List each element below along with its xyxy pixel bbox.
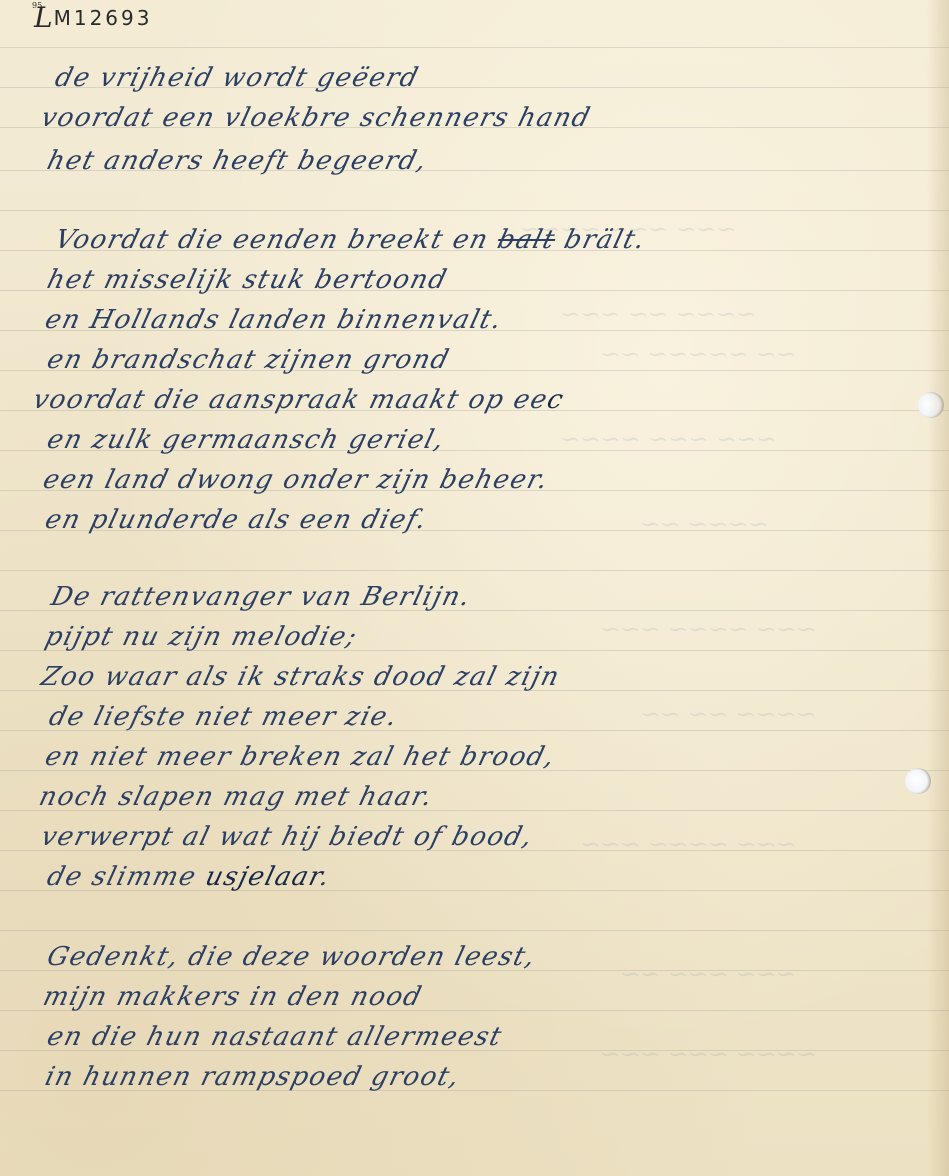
poem-line: mijn makkers in den nood <box>40 982 426 1012</box>
poem-line: in hunnen rampspoed groot, <box>42 1062 463 1092</box>
poem-line: noch slapen mag met haar. <box>36 782 437 812</box>
catalog-number: M12693 <box>54 7 153 32</box>
bleed-through: ~~~~ ~~ ~~ <box>637 700 819 728</box>
poem-line: Voordat die eenden breekt en balt brält. <box>52 225 649 255</box>
poem-line: Gedenkt, die deze woorden leest, <box>44 942 539 972</box>
bleed-through: ~~~ ~~~ ~~ <box>617 960 799 988</box>
punch-hole <box>905 768 931 794</box>
poem-line: een land dwong onder zijn beheer. <box>40 465 552 495</box>
poem-line: en brandschat zijnen grond <box>44 345 453 375</box>
poem-line: voordat een vloekbre schenners hand <box>38 103 594 133</box>
poem-line: en die hun nastaant allermeest <box>44 1022 506 1052</box>
ruled-line <box>0 570 949 571</box>
poem-line: het misselijk stuk bertoond <box>44 265 451 295</box>
poem-line: en Hollands landen binnenvalt. <box>42 305 506 335</box>
struck-word: balt <box>494 225 558 255</box>
bleed-through: ~~~~ ~~ ~~~ <box>557 300 759 328</box>
poem-line: voordat die aanspraak maakt op eec <box>30 385 568 415</box>
poem-line: en plunderde als een dief. <box>42 505 431 535</box>
poem-line: pijpt nu zijn melodie; <box>42 622 361 652</box>
bleed-through: ~~~ ~~~~ ~~~ <box>577 830 799 858</box>
bleed-through: ~~~ ~~~~ ~~~ <box>597 615 819 643</box>
bleed-through: ~~~ ~~~ ~~~~ <box>557 425 779 453</box>
archive-monogram: 95 L <box>34 4 53 32</box>
poem-line: De rattenvanger van Berlijn. <box>48 582 474 612</box>
poem-line: Zoo waar als ik straks dood zal zijn <box>38 662 563 692</box>
ruled-line <box>0 930 949 931</box>
poem-line: en niet meer breken zal het brood, <box>42 742 559 772</box>
poem-line: en zulk germaansch geriel, <box>44 425 448 455</box>
punch-hole <box>918 392 944 418</box>
ruled-line <box>0 210 949 211</box>
poem-line: de liefste niet meer zie. <box>46 702 401 732</box>
bleed-through: ~~~~ ~~ <box>637 510 771 538</box>
bleed-through: ~~ ~~~~~ ~~ <box>597 340 799 368</box>
ruled-line <box>0 47 949 48</box>
poem-line: de vrijheid wordt geëerd <box>52 63 422 93</box>
poem-line: verwerpt al wat hij biedt of bood, <box>38 822 536 852</box>
catalog-stamp: 95 L M12693 <box>34 4 152 32</box>
poem-line: de slimme usjelaar. <box>44 862 334 892</box>
manuscript-page: ~~~ ~~~ ~~~~ ~~~~ ~~ ~~~ ~~ ~~~~~ ~~ ~~~… <box>0 0 949 1176</box>
poem-line: het anders heeft begeerd, <box>44 146 431 176</box>
bleed-through: ~~~~ ~~~ ~~~ <box>597 1040 819 1068</box>
